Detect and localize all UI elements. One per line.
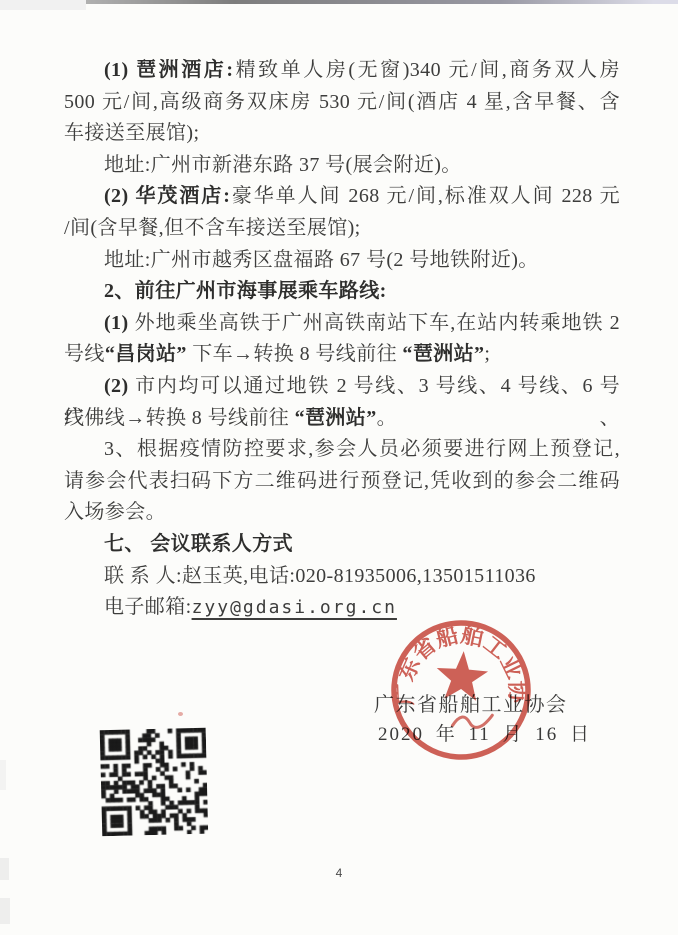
seal-scribble	[452, 713, 492, 729]
seal-star-icon	[435, 649, 490, 701]
ink-speck	[178, 712, 183, 716]
document-line: 地址:广州市越秀区盘福路 67 号(2 号地铁附近)。	[64, 245, 620, 277]
scan-corner-artifact	[0, 0, 86, 10]
document-line: (1) 外地乘坐高铁于广州高铁南站下车,在站内转乘地铁 2	[64, 308, 620, 340]
document-line: 500 元/间,高级商务双床房 530 元/间(酒店 4 星,含早餐、含	[64, 87, 620, 119]
scan-smudge	[0, 760, 6, 790]
document-line: 请参会代表扫码下方二维码进行预登记,凭收到的参会二维码	[64, 466, 620, 498]
scanned-document-page: (1) 琶洲酒店:精致单人房(无窗)340 元/间,商务双人房500 元/间,高…	[0, 0, 678, 935]
document-line: /间(含早餐,但不含车接送至展馆);	[64, 213, 620, 245]
qr-code	[100, 728, 209, 837]
document-line: 地址:广州市新港东路 37 号(展会附近)。	[64, 150, 620, 182]
document-line: 七、 会议联系人方式	[64, 529, 620, 561]
document-line: 2、前往广州市海事展乘车路线:	[64, 276, 620, 308]
document-line: 3、根据疫情防控要求,参会人员必须要进行网上预登记,	[64, 434, 620, 466]
document-line: (1) 琶洲酒店:精致单人房(无窗)340 元/间,商务双人房	[64, 55, 620, 87]
document-line: 联 系 人:赵玉英,电话:020-81935006,13501511036	[64, 561, 620, 593]
document-line: (2) 市内均可以通过地铁 2 号线、3 号线、4 号线、6 号线、	[64, 371, 620, 403]
document-line: 入场参会。	[64, 497, 620, 529]
document-line: (2) 华茂酒店:豪华单人间 268 元/间,标准双人间 228 元	[64, 181, 620, 213]
contact-email: zyy@gdasi.org.cn	[192, 597, 397, 618]
page-number: 4	[0, 866, 678, 880]
scan-edge-artifact	[86, 0, 678, 4]
scan-smudge	[0, 898, 10, 924]
document-body: (1) 琶洲酒店:精致单人房(无窗)340 元/间,商务双人房500 元/间,高…	[64, 55, 620, 624]
document-line: 号线“昌岗站” 下车→转换 8 号线前往 “琶洲站”;	[64, 339, 620, 371]
document-line: 车接送至展馆);	[64, 118, 620, 150]
official-seal: 广东省船舶工业协会	[380, 609, 542, 771]
